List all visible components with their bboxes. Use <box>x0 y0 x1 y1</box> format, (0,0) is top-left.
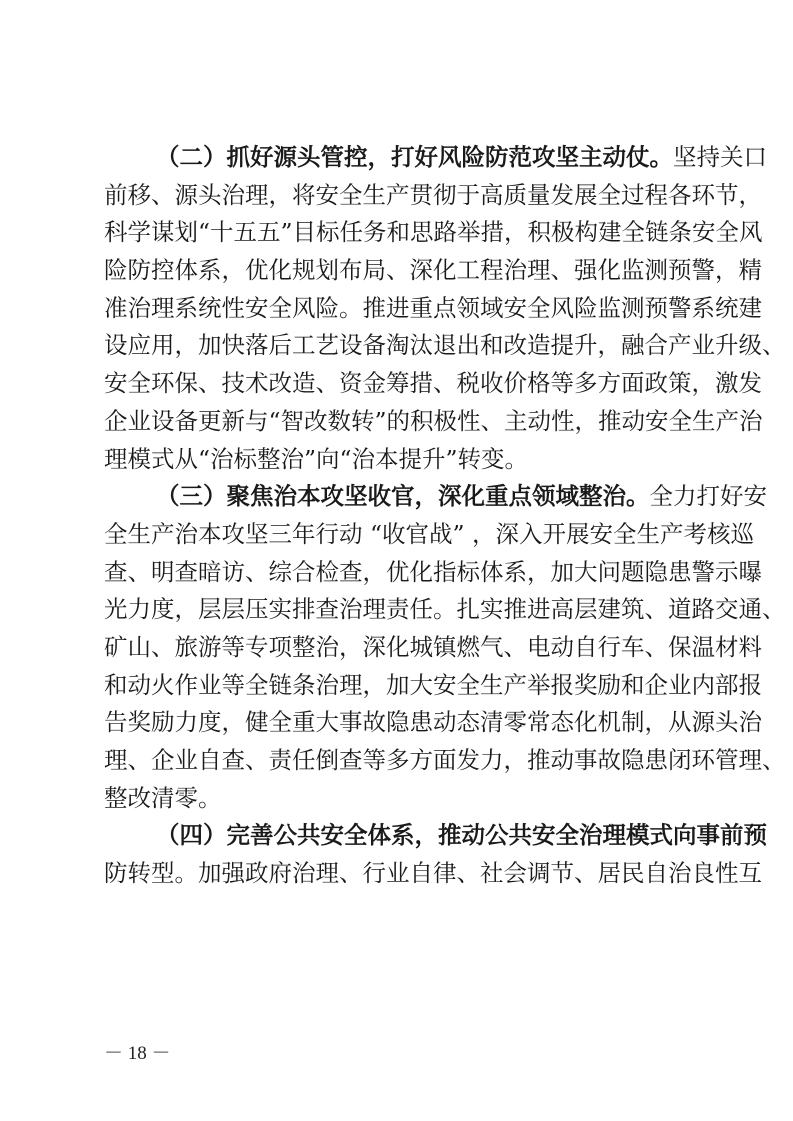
page-number: － 18 － <box>104 1038 171 1065</box>
paragraph-2-line-1: （二）抓好源头管控，打好风险防范攻坚主动仗。坚持关口 <box>104 139 694 177</box>
paragraph-line: 和动火作业等全链条治理，加大安全生产举报奖励和企业内部报 <box>104 667 694 705</box>
section-heading-3: （三）聚焦治本攻坚收官，深化重点领域整治。 <box>156 482 650 510</box>
paragraph-line: 准治理系统性安全风险。推进重点领域安全风险监测预警系统建 <box>104 290 694 328</box>
paragraph-4-line-1: （四）完善公共安全体系，推动公共安全治理模式向事前预 <box>104 817 694 855</box>
paragraph-line: 告奖励力度，健全重大事故隐患动态清零常态化机制，从源头治 <box>104 704 694 742</box>
paragraph-line: 查、明查暗访、综合检查，优化指标体系，加大问题隐患警示曝 <box>104 554 694 592</box>
section-heading-2: （二）抓好源头管控，打好风险防范攻坚主动仗。 <box>156 143 673 171</box>
paragraph-line: 企业设备更新与“智改数转”的积极性、主动性，推动安全生产治 <box>104 403 694 441</box>
paragraph-line: 防转型。加强政府治理、行业自律、社会调节、居民自治良性互 <box>104 855 694 893</box>
line-text: 全力打好安 <box>650 482 768 510</box>
paragraph-line: 险防控体系，优化规划布局、深化工程治理、强化监测预警，精 <box>104 252 694 290</box>
paragraph-line: 设应用，加快落后工艺设备淘汰退出和改造提升，融合产业升级、 <box>104 327 694 365</box>
paragraph-line: 前移、源头治理，将安全生产贯彻于高质量发展全过程各环节， <box>104 177 694 215</box>
paragraph-line: 整改清零。 <box>104 780 694 818</box>
paragraph-line: 理、企业自查、责任倒查等多方面发力，推动事故隐患闭环管理、 <box>104 742 694 780</box>
paragraph-3-line-1: （三）聚焦治本攻坚收官，深化重点领域整治。全力打好安 <box>104 478 694 516</box>
line-text: 坚持关口 <box>673 143 767 171</box>
paragraph-line: 科学谋划“十五五”目标任务和思路举措，积极构建全链条安全风 <box>104 214 694 252</box>
body-text: （二）抓好源头管控，打好风险防范攻坚主动仗。坚持关口 前移、源头治理，将安全生产… <box>104 139 694 893</box>
paragraph-line: 光力度，层层压实排查治理责任。扎实推进高层建筑、道路交通、 <box>104 591 694 629</box>
document-page: （二）抓好源头管控，打好风险防范攻坚主动仗。坚持关口 前移、源头治理，将安全生产… <box>0 0 793 1121</box>
paragraph-line: 全生产治本攻坚三年行动 “收官战” ，深入开展安全生产考核巡 <box>104 516 694 554</box>
paragraph-line: 安全环保、技术改造、资金筹措、税收价格等多方面政策，激发 <box>104 365 694 403</box>
section-heading-4: （四）完善公共安全体系，推动公共安全治理模式向事前预 <box>156 821 767 849</box>
paragraph-line: 矿山、旅游等专项整治，深化城镇燃气、电动自行车、保温材料 <box>104 629 694 667</box>
paragraph-line: 理模式从“治标整治”向“治本提升”转变。 <box>104 441 694 479</box>
